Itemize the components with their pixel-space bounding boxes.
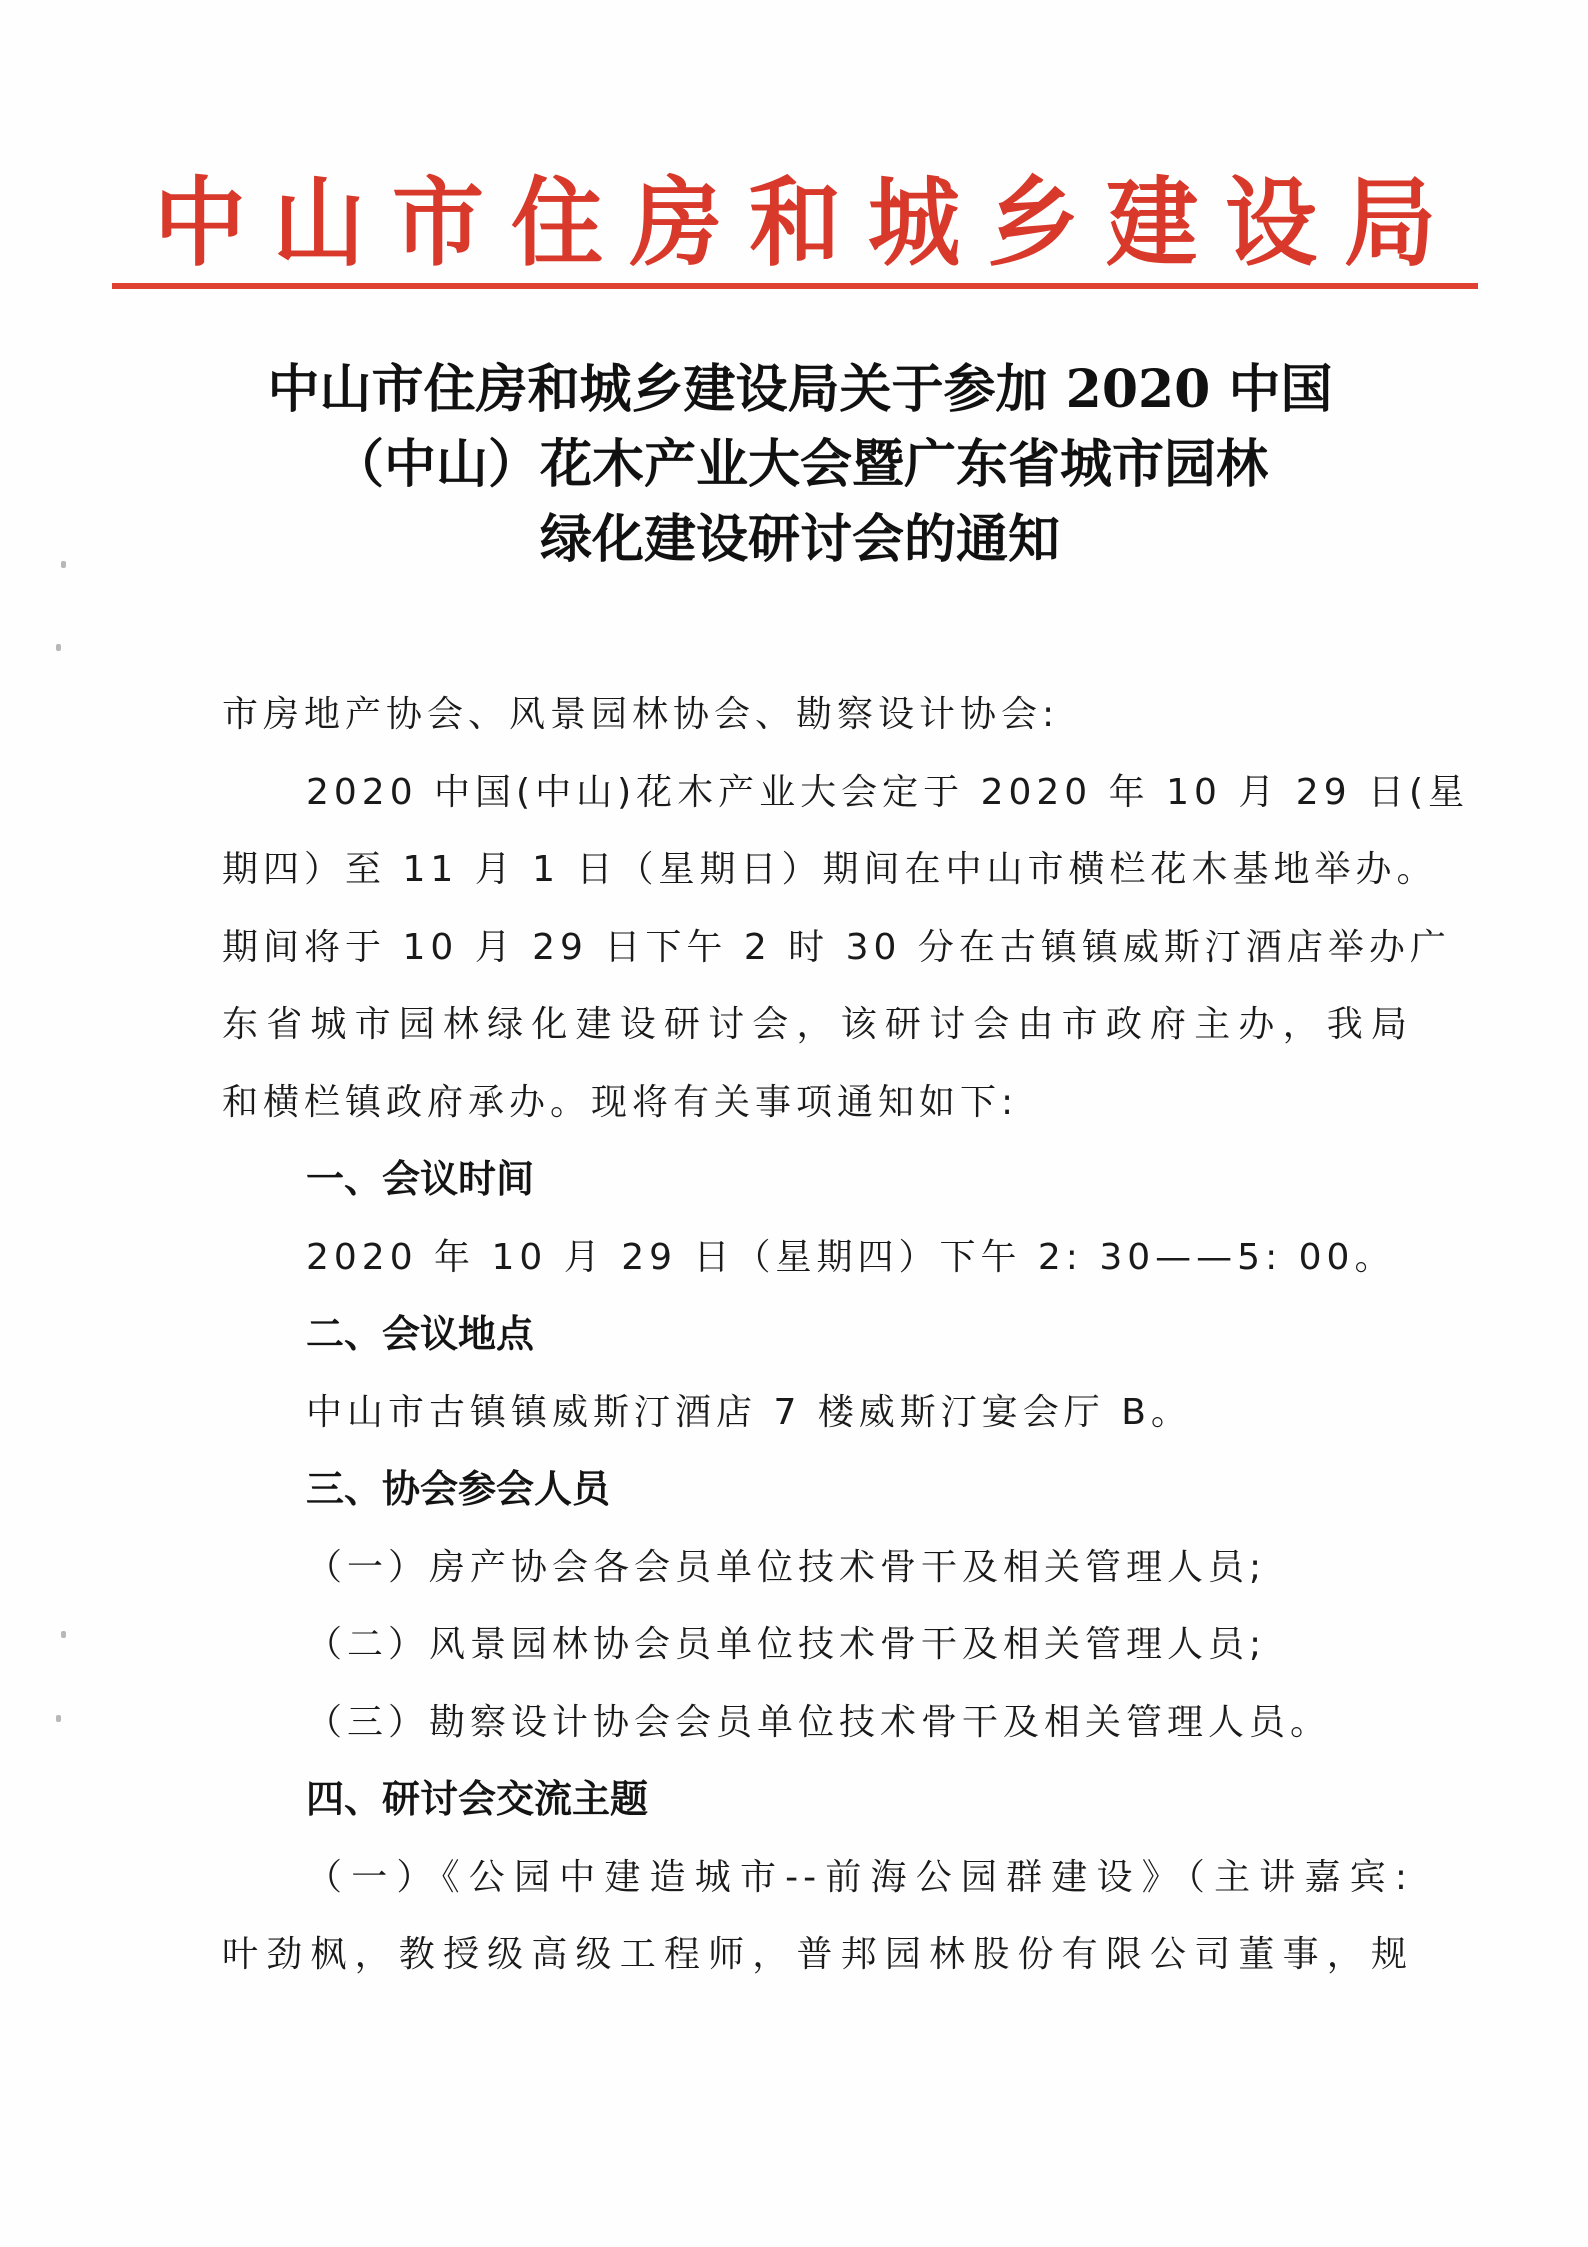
scan-speck <box>61 1631 66 1638</box>
letterhead-red-rule <box>112 283 1478 289</box>
section-heading-attendees: 三、协会参会人员 <box>222 1451 1412 1529</box>
letterhead: 中山市住房和城乡建设局 <box>112 168 1478 278</box>
meeting-time: 2020 年 10 月 29 日（星期四）下午 2: 30——5: 00。 <box>222 1219 1412 1297</box>
document-title: 中山市住房和城乡建设局关于参加 2020 中国 （中山）花木产业大会暨广东省城市… <box>190 352 1410 577</box>
title-line-2: （中山）花木产业大会暨广东省城市园林 <box>190 427 1410 502</box>
intro-line-5: 和横栏镇政府承办。现将有关事项通知如下: <box>222 1064 1412 1142</box>
scan-speck <box>56 644 61 651</box>
scan-speck <box>61 561 66 568</box>
intro-line-4: 东省城市园林绿化建设研讨会，该研讨会由市政府主办，我局 <box>222 986 1412 1064</box>
intro-line-2: 期四）至 11 月 1 日（星期日）期间在中山市横栏花木基地举办。 <box>222 831 1412 909</box>
title-line-1: 中山市住房和城乡建设局关于参加 2020 中国 <box>190 352 1410 427</box>
section-heading-location: 二、会议地点 <box>222 1296 1412 1374</box>
letterhead-org-name: 中山市住房和城乡建设局 <box>154 175 1463 272</box>
scan-speck <box>56 1715 61 1722</box>
intro-line-3: 期间将于 10 月 29 日下午 2 时 30 分在古镇镇威斯汀酒店举办广 <box>222 909 1412 987</box>
section-heading-time: 一、会议时间 <box>222 1141 1412 1219</box>
topic-line-2: 叶劲枫，教授级高级工程师，普邦园林股份有限公司董事，规 <box>222 1916 1412 1994</box>
meeting-location: 中山市古镇镇威斯汀酒店 7 楼威斯汀宴会厅 B。 <box>222 1374 1412 1452</box>
topic-line-1: （一）《公园中建造城市--前海公园群建设》（主讲嘉宾: <box>222 1839 1412 1917</box>
attendee-item-3: （三）勘察设计协会会员单位技术骨干及相关管理人员。 <box>222 1684 1412 1762</box>
document-body: 市房地产协会、风景园林协会、勘察设计协会: 2020 中国(中山)花木产业大会定… <box>222 676 1412 1994</box>
section-heading-topics: 四、研讨会交流主题 <box>222 1761 1412 1839</box>
title-line-3: 绿化建设研讨会的通知 <box>190 502 1410 577</box>
attendee-item-1: （一）房产协会各会员单位技术骨干及相关管理人员; <box>222 1529 1412 1607</box>
intro-line-1: 2020 中国(中山)花木产业大会定于 2020 年 10 月 29 日(星 <box>222 754 1412 832</box>
attendee-item-2: （二）风景园林协会员单位技术骨干及相关管理人员; <box>222 1606 1412 1684</box>
addressee: 市房地产协会、风景园林协会、勘察设计协会: <box>222 676 1412 754</box>
document-page: 中山市住房和城乡建设局 中山市住房和城乡建设局关于参加 2020 中国 （中山）… <box>0 0 1588 2247</box>
